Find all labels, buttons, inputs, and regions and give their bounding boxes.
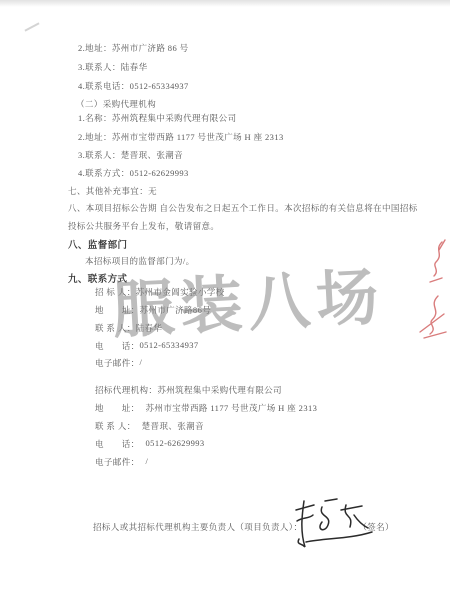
signature-line-prefix: 招标人或其招标代理机构主要负责人（项目负责人）： <box>93 522 302 532</box>
agency-phone-label: 电 话： <box>95 438 140 450</box>
supervision-heading: 八、监督部门 <box>68 237 127 251</box>
notice-paragraph-line-1: 八、本项目招标公告期 自公告发布之日起五个工作日。本次招标的有关信息将在中国招标 <box>68 202 418 214</box>
agency-email-row: 电子邮件：/ <box>95 456 148 468</box>
agency-contact-label: 联 系 人： <box>95 420 136 432</box>
tenderer-name-label: 招 标 人： <box>95 286 136 298</box>
purchaser-phone-line: 4.联系电话：0512-65334937 <box>78 80 189 92</box>
tenderer-contact-row: 联 系 人：陆春华 <box>95 322 162 334</box>
agency-name-value: 苏州筑程集中采购代理有限公司 <box>157 384 282 396</box>
agency-email-label: 电子邮件： <box>95 456 140 468</box>
agency-address-line: 2.地址：苏州市宝带西路 1177 号世茂广场 H 座 2313 <box>78 131 284 143</box>
handwritten-signature <box>292 495 382 553</box>
scan-corner-artifact <box>24 22 39 31</box>
tenderer-phone-row: 电 话：0512-65334937 <box>95 340 199 352</box>
agency-phone-value: 0512-62629993 <box>146 438 205 450</box>
tenderer-phone-value: 0512-65334937 <box>140 340 199 352</box>
tenderer-name-value: 苏州市金阊实验小学校 <box>136 286 225 298</box>
misc-item-line: 七、其他补充事宜：无 <box>68 185 157 197</box>
tenderer-address-label: 地 址： <box>95 304 140 316</box>
agency-section-heading: （二）采购代理机构 <box>76 98 156 110</box>
agency-contact-row: 联 系 人：楚晋珉、张潮音 <box>95 420 204 432</box>
tenderer-address-value: 苏州市广济路86号 <box>140 304 212 316</box>
agency-name-label: 招标代理机构： <box>95 384 157 396</box>
purchaser-address-line: 2.地址：苏州市广济路 86 号 <box>78 42 189 54</box>
tenderer-address-row: 地 址：苏州市广济路86号 <box>95 304 211 316</box>
tenderer-phone-label: 电 话： <box>95 340 140 352</box>
agency-phone-row: 电 话：0512-62629993 <box>95 438 205 450</box>
contact-heading: 九、联系方式 <box>68 271 127 285</box>
scanned-document-page: 2.地址：苏州市广济路 86 号 3.联系人：陆春华 4.联系电话：0512-6… <box>0 0 450 600</box>
scan-edge-artifact <box>0 0 450 7</box>
agency-contact-line: 3.联系人：楚晋珉、张潮音 <box>78 149 183 161</box>
agency-name-line: 1.名称：苏州筑程集中采购代理有限公司 <box>78 112 236 124</box>
red-margin-annotation <box>412 238 450 340</box>
tenderer-email-value: / <box>140 357 143 369</box>
agency-email-value: / <box>146 456 149 468</box>
tenderer-email-label: 电子邮件： <box>95 357 140 369</box>
agency-phone-line: 4.联系方式：0512-62629993 <box>78 167 189 179</box>
notice-paragraph-line-2: 投标公共服务平台上发布，敬请留意。 <box>68 220 219 232</box>
agency-address-row: 地 址：苏州市宝带西路 1177 号世茂广场 H 座 2313 <box>95 402 317 414</box>
agency-address-label: 地 址： <box>95 402 140 414</box>
agency-address-value: 苏州市宝带西路 1177 号世茂广场 H 座 2313 <box>146 402 318 414</box>
tenderer-name-row: 招 标 人：苏州市金阊实验小学校 <box>95 286 225 298</box>
agency-name-row: 招标代理机构：苏州筑程集中采购代理有限公司 <box>95 384 282 396</box>
tenderer-contact-label: 联 系 人： <box>95 322 136 334</box>
agency-contact-value: 楚晋珉、张潮音 <box>142 420 204 432</box>
tenderer-contact-value: 陆春华 <box>136 322 163 334</box>
supervision-body: 本招标项目的监督部门为/。 <box>85 255 195 267</box>
tenderer-email-row: 电子邮件：/ <box>95 357 142 369</box>
purchaser-contact-line: 3.联系人：陆春华 <box>78 61 147 73</box>
